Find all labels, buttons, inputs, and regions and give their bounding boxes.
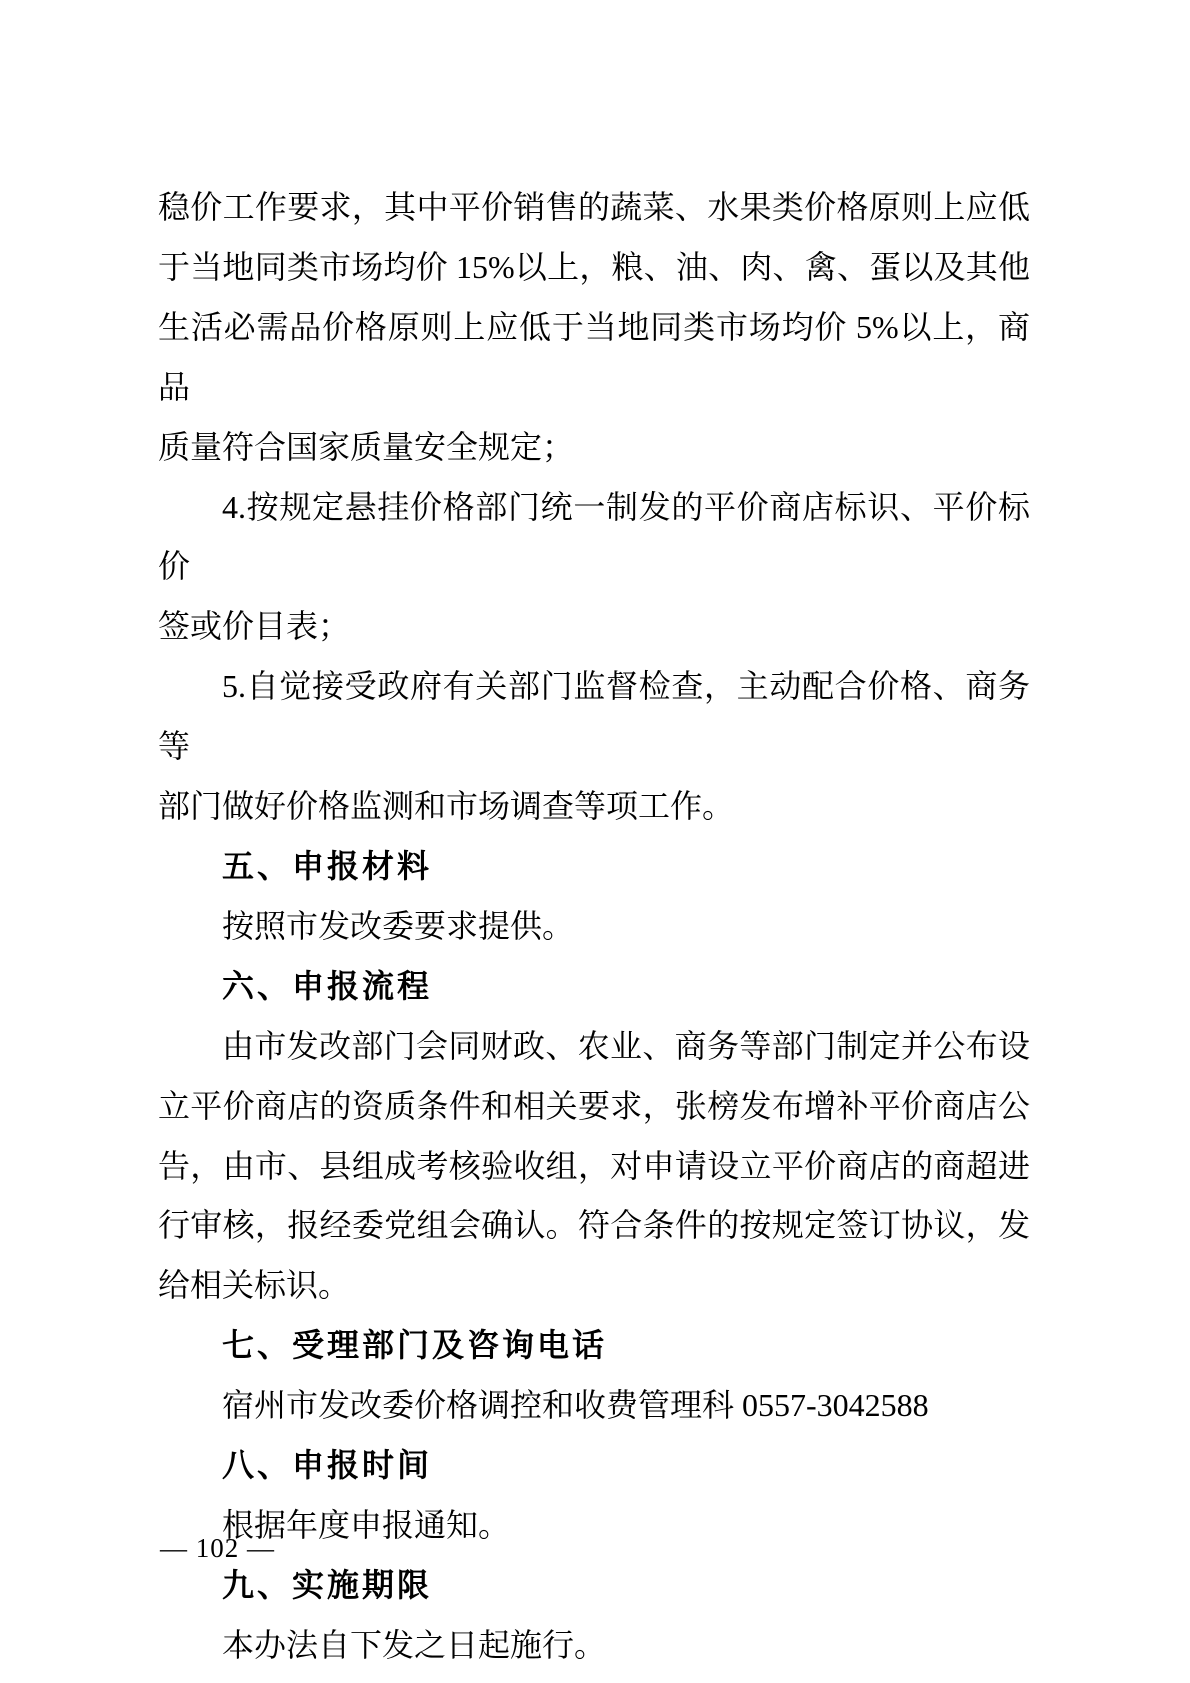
body-text-line: 质量符合国家质量安全规定； (158, 418, 1030, 478)
body-text-line: 根据年度申报通知。 (158, 1496, 1030, 1556)
section-heading-line: 九、实施期限 (158, 1556, 1030, 1616)
body-text-line: 告，由市、县组成考核验收组，对申请设立平价商店的商超进 (158, 1137, 1030, 1197)
section-heading-line: 七、受理部门及咨询电话 (158, 1316, 1030, 1376)
page-footer: — 102 — (160, 1532, 275, 1564)
body-text-line: 于当地同类市场均价 15%以上，粮、油、肉、禽、蛋以及其他 (158, 238, 1030, 298)
body-text-line: 宿州市发改委价格调控和收费管理科 0557-3042588 (158, 1376, 1030, 1436)
body-text-line: 部门做好价格监测和市场调查等项工作。 (158, 777, 1030, 837)
document-page: 稳价工作要求，其中平价销售的蔬菜、水果类价格原则上应低于当地同类市场均价 15%… (0, 0, 1190, 1683)
body-text-line: 生活必需品价格原则上应低于当地同类市场均价 5%以上，商品 (158, 298, 1030, 418)
section-heading-line: 五、申报材料 (158, 837, 1030, 897)
section-heading-line: 六、申报流程 (158, 957, 1030, 1017)
body-text-line: 按照市发改委要求提供。 (158, 897, 1030, 957)
page-number: — 102 — (160, 1533, 275, 1563)
body-text-line: 稳价工作要求，其中平价销售的蔬菜、水果类价格原则上应低 (158, 178, 1030, 238)
body-text-line: 5.自觉接受政府有关部门监督检查，主动配合价格、商务等 (158, 657, 1030, 777)
body-text-line: 签或价目表； (158, 597, 1030, 657)
section-heading-line: 八、申报时间 (158, 1436, 1030, 1496)
body-text-line: 4.按规定悬挂价格部门统一制发的平价商店标识、平价标价 (158, 478, 1030, 598)
body-text-line: 由市发改部门会同财政、农业、商务等部门制定并公布设 (158, 1017, 1030, 1077)
body-text-line: 立平价商店的资质条件和相关要求，张榜发布增补平价商店公 (158, 1077, 1030, 1137)
body-text-line: 本办法自下发之日起施行。 (158, 1616, 1030, 1676)
document-text-column: 稳价工作要求，其中平价销售的蔬菜、水果类价格原则上应低于当地同类市场均价 15%… (158, 178, 1030, 1676)
body-text-line: 给相关标识。 (158, 1256, 1030, 1316)
body-text-line: 行审核，报经委党组会确认。符合条件的按规定签订协议，发 (158, 1196, 1030, 1256)
